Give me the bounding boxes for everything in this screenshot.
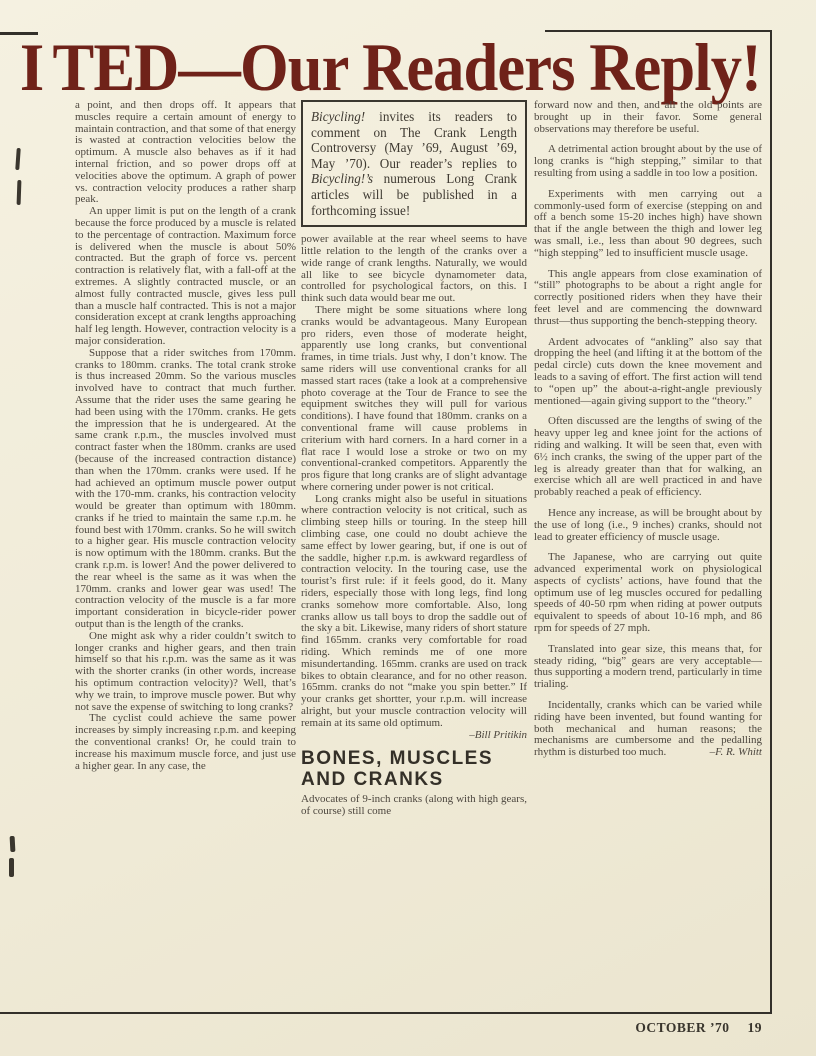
ink-mark (9, 858, 14, 877)
ink-mark (15, 148, 21, 170)
paragraph: Incidentally, cranks which can be varied… (534, 700, 762, 759)
paragraph: Ardent advocates of “ankling” also say t… (534, 337, 762, 408)
paragraph: This angle appears from close examinatio… (534, 269, 762, 328)
paragraph: power available at the rear wheel seems … (301, 234, 527, 305)
footer-issue: OCTOBER ’70 (635, 1020, 729, 1035)
author-signature: –Bill Pritikin (301, 730, 527, 742)
paragraph: Often discussed are the lengths of swing… (534, 416, 762, 499)
section-heading: BONES, MUSCLESAND CRANKS (301, 748, 527, 790)
editor-callout-box: Bicycling! invites its readers to commen… (301, 100, 527, 227)
paragraph: A detrimental action brought about by th… (534, 144, 762, 179)
page-footer: OCTOBER ’7019 (540, 1020, 762, 1036)
column-middle: Bicycling! invites its readers to commen… (301, 100, 527, 1014)
paragraph: a point, and then drops off. It appears … (75, 100, 296, 206)
paragraph: forward now and then, and all the old po… (534, 100, 762, 135)
paragraph: Suppose that a rider switches from 170mm… (75, 348, 296, 631)
magazine-page: ITED—Our Readers Reply! a point, and the… (0, 0, 816, 1056)
headline-text: TED—Our Readers Reply! (53, 29, 761, 105)
paragraph: Long cranks might also be useful in situ… (301, 494, 527, 730)
paragraph: The Japanese, who are carrying out quite… (534, 552, 762, 635)
paragraph: There might be some situations where lon… (301, 305, 527, 494)
column-right: forward now and then, and all the old po… (534, 100, 762, 1014)
headline-cut-letter: I (20, 28, 43, 107)
right-border-rule (770, 30, 772, 1014)
section-heading-line1: BONES, MUSCLES (301, 748, 493, 769)
footer-page-number: 19 (748, 1020, 763, 1035)
paragraph: Hence any increase, as will be brought a… (534, 508, 762, 543)
paragraph: Experiments with men carrying out a comm… (534, 189, 762, 260)
page-headline: ITED—Our Readers Reply! (30, 28, 761, 107)
author-signature: –F. R. Whitt (696, 747, 762, 759)
paragraph: Translated into gear size, this means th… (534, 644, 762, 691)
ink-mark (10, 836, 16, 852)
paragraph: An upper limit is put on the length of a… (75, 206, 296, 348)
callout-publication-name: Bicycling! (311, 109, 365, 124)
paragraph: One might ask why a rider couldn’t switc… (75, 631, 296, 714)
column-left: a point, and then drops off. It appears … (75, 100, 296, 1014)
paragraph: The cyclist could achieve the same power… (75, 713, 296, 772)
section-heading-line2: AND CRANKS (301, 769, 444, 790)
paragraph: Advocates of 9-inch cranks (along with h… (301, 794, 527, 818)
ink-mark (17, 180, 22, 205)
callout-publication-name: Bicycling!’s (311, 171, 373, 186)
